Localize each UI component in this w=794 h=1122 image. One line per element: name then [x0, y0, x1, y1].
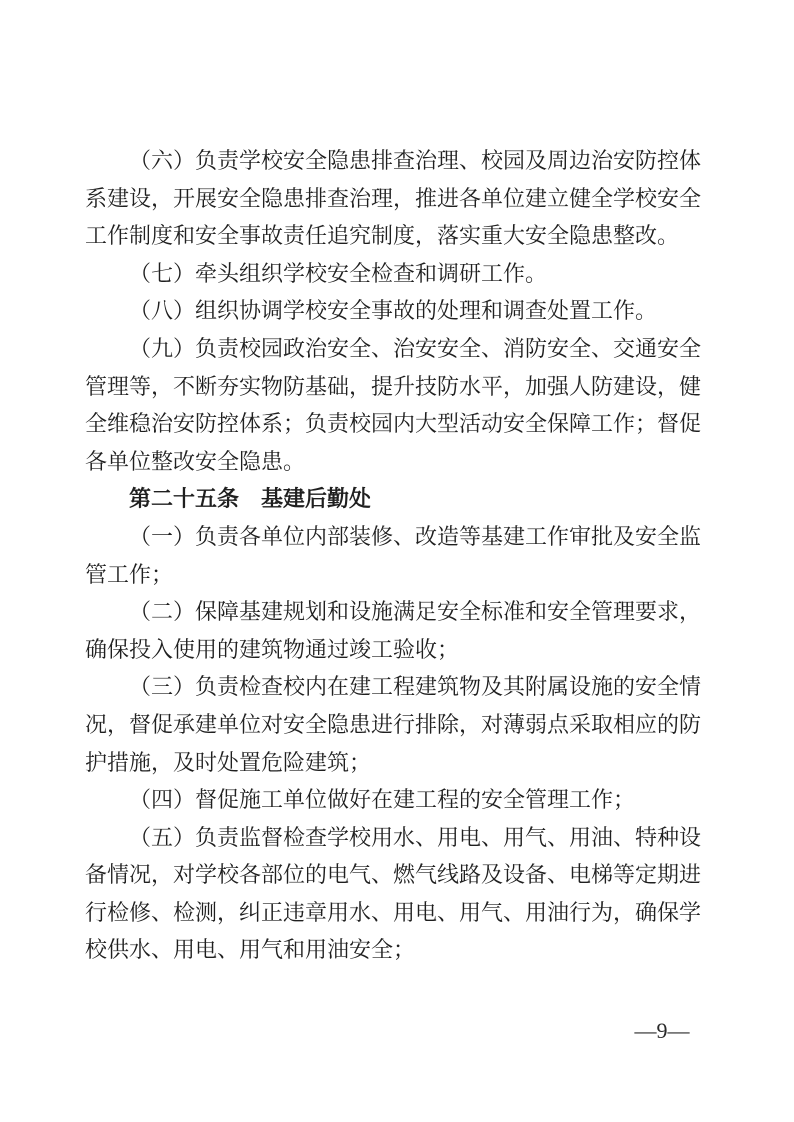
text-line: 备情况，对学校各部位的电气、燃气线路及设备、电梯等定期进 [85, 856, 701, 894]
paragraph: （五）负责监督检查学校用水、用电、用气、用油、特种设备情况，对学校各部位的电气、… [85, 819, 701, 969]
document-page: （六）负责学校安全隐患排查治理、校园及周边治安防控体系建设，开展安全隐患排查治理… [0, 0, 794, 1122]
paragraph: （九）负责校园政治安全、治安安全、消防安全、交通安全管理等，不断夯实物防基础，提… [85, 330, 701, 480]
text-line: 系建设，开展安全隐患排查治理，推进各单位建立健全学校安全 [85, 180, 701, 218]
paragraph: （六）负责学校安全隐患排查治理、校园及周边治安防控体系建设，开展安全隐患排查治理… [85, 142, 701, 255]
text-line: 管理等，不断夯实物防基础，提升技防水平，加强人防建设，健 [85, 368, 701, 406]
text-line: （二）保障基建规划和设施满足安全标准和安全管理要求， [85, 593, 701, 631]
paragraph: （七）牵头组织学校安全检查和调研工作。 [85, 255, 701, 293]
document-body: （六）负责学校安全隐患排查治理、校园及周边治安防控体系建设，开展安全隐患排查治理… [85, 142, 701, 969]
text-line: 各单位整改安全隐患。 [85, 443, 701, 481]
text-line: 工作制度和安全事故责任追究制度，落实重大安全隐患整改。 [85, 217, 701, 255]
text-line: （四）督促施工单位做好在建工程的安全管理工作； [85, 781, 701, 819]
text-line: 行检修、检测，纠正违章用水、用电、用气、用油行为，确保学 [85, 894, 701, 932]
paragraph: （二）保障基建规划和设施满足安全标准和安全管理要求，确保投入使用的建筑物通过竣工… [85, 593, 701, 668]
text-line: （三）负责检查校内在建工程建筑物及其附属设施的安全情 [85, 668, 701, 706]
text-line: 全维稳治安防控体系；负责校园内大型活动安全保障工作；督促 [85, 405, 701, 443]
paragraph: （四）督促施工单位做好在建工程的安全管理工作； [85, 781, 701, 819]
paragraph: （三）负责检查校内在建工程建筑物及其附属设施的安全情况，督促承建单位对安全隐患进… [85, 668, 701, 781]
paragraph: （一）负责各单位内部装修、改造等基建工作审批及安全监管工作； [85, 518, 701, 593]
text-line: 管工作； [85, 556, 701, 594]
text-line: 况，督促承建单位对安全隐患进行排除，对薄弱点采取相应的防 [85, 706, 701, 744]
article-heading: 第二十五条 基建后勤处 [85, 480, 701, 518]
text-line: （一）负责各单位内部装修、改造等基建工作审批及安全监 [85, 518, 701, 556]
text-line: 校供水、用电、用气和用油安全； [85, 931, 701, 969]
page-number: —9— [612, 1016, 712, 1046]
text-line: （七）牵头组织学校安全检查和调研工作。 [85, 255, 701, 293]
text-line: 确保投入使用的建筑物通过竣工验收； [85, 631, 701, 669]
paragraph: （八）组织协调学校安全事故的处理和调查处置工作。 [85, 292, 701, 330]
text-line: （九）负责校园政治安全、治安安全、消防安全、交通安全 [85, 330, 701, 368]
text-line: 第二十五条 基建后勤处 [85, 480, 701, 518]
text-line: （六）负责学校安全隐患排查治理、校园及周边治安防控体 [85, 142, 701, 180]
text-line: （八）组织协调学校安全事故的处理和调查处置工作。 [85, 292, 701, 330]
text-line: （五）负责监督检查学校用水、用电、用气、用油、特种设 [85, 819, 701, 857]
text-line: 护措施，及时处置危险建筑； [85, 744, 701, 782]
